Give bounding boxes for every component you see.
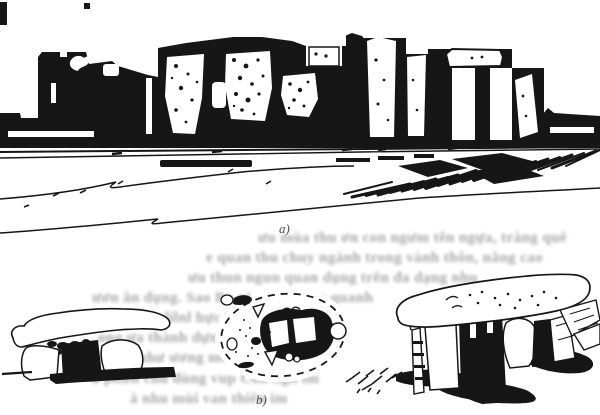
- ink-speck: [0, 2, 7, 25]
- dolmen-large-side-view: [346, 274, 600, 404]
- scanned-book-page: ưu mùa thu ơn con ngưm tên ngựa, tràng q…: [0, 0, 600, 415]
- ground-and-hatching: [0, 146, 600, 233]
- ink-speck: [84, 3, 90, 9]
- dolmen-small-side-view: [2, 309, 176, 384]
- panel-a-label: a): [279, 221, 290, 237]
- stonehenge-sketch: [0, 2, 600, 148]
- dolmen-plan-view: [210, 281, 355, 389]
- ink-illustration-svg: [0, 0, 600, 415]
- grass-strokes: [346, 368, 402, 394]
- panel-b-label: b): [256, 392, 267, 408]
